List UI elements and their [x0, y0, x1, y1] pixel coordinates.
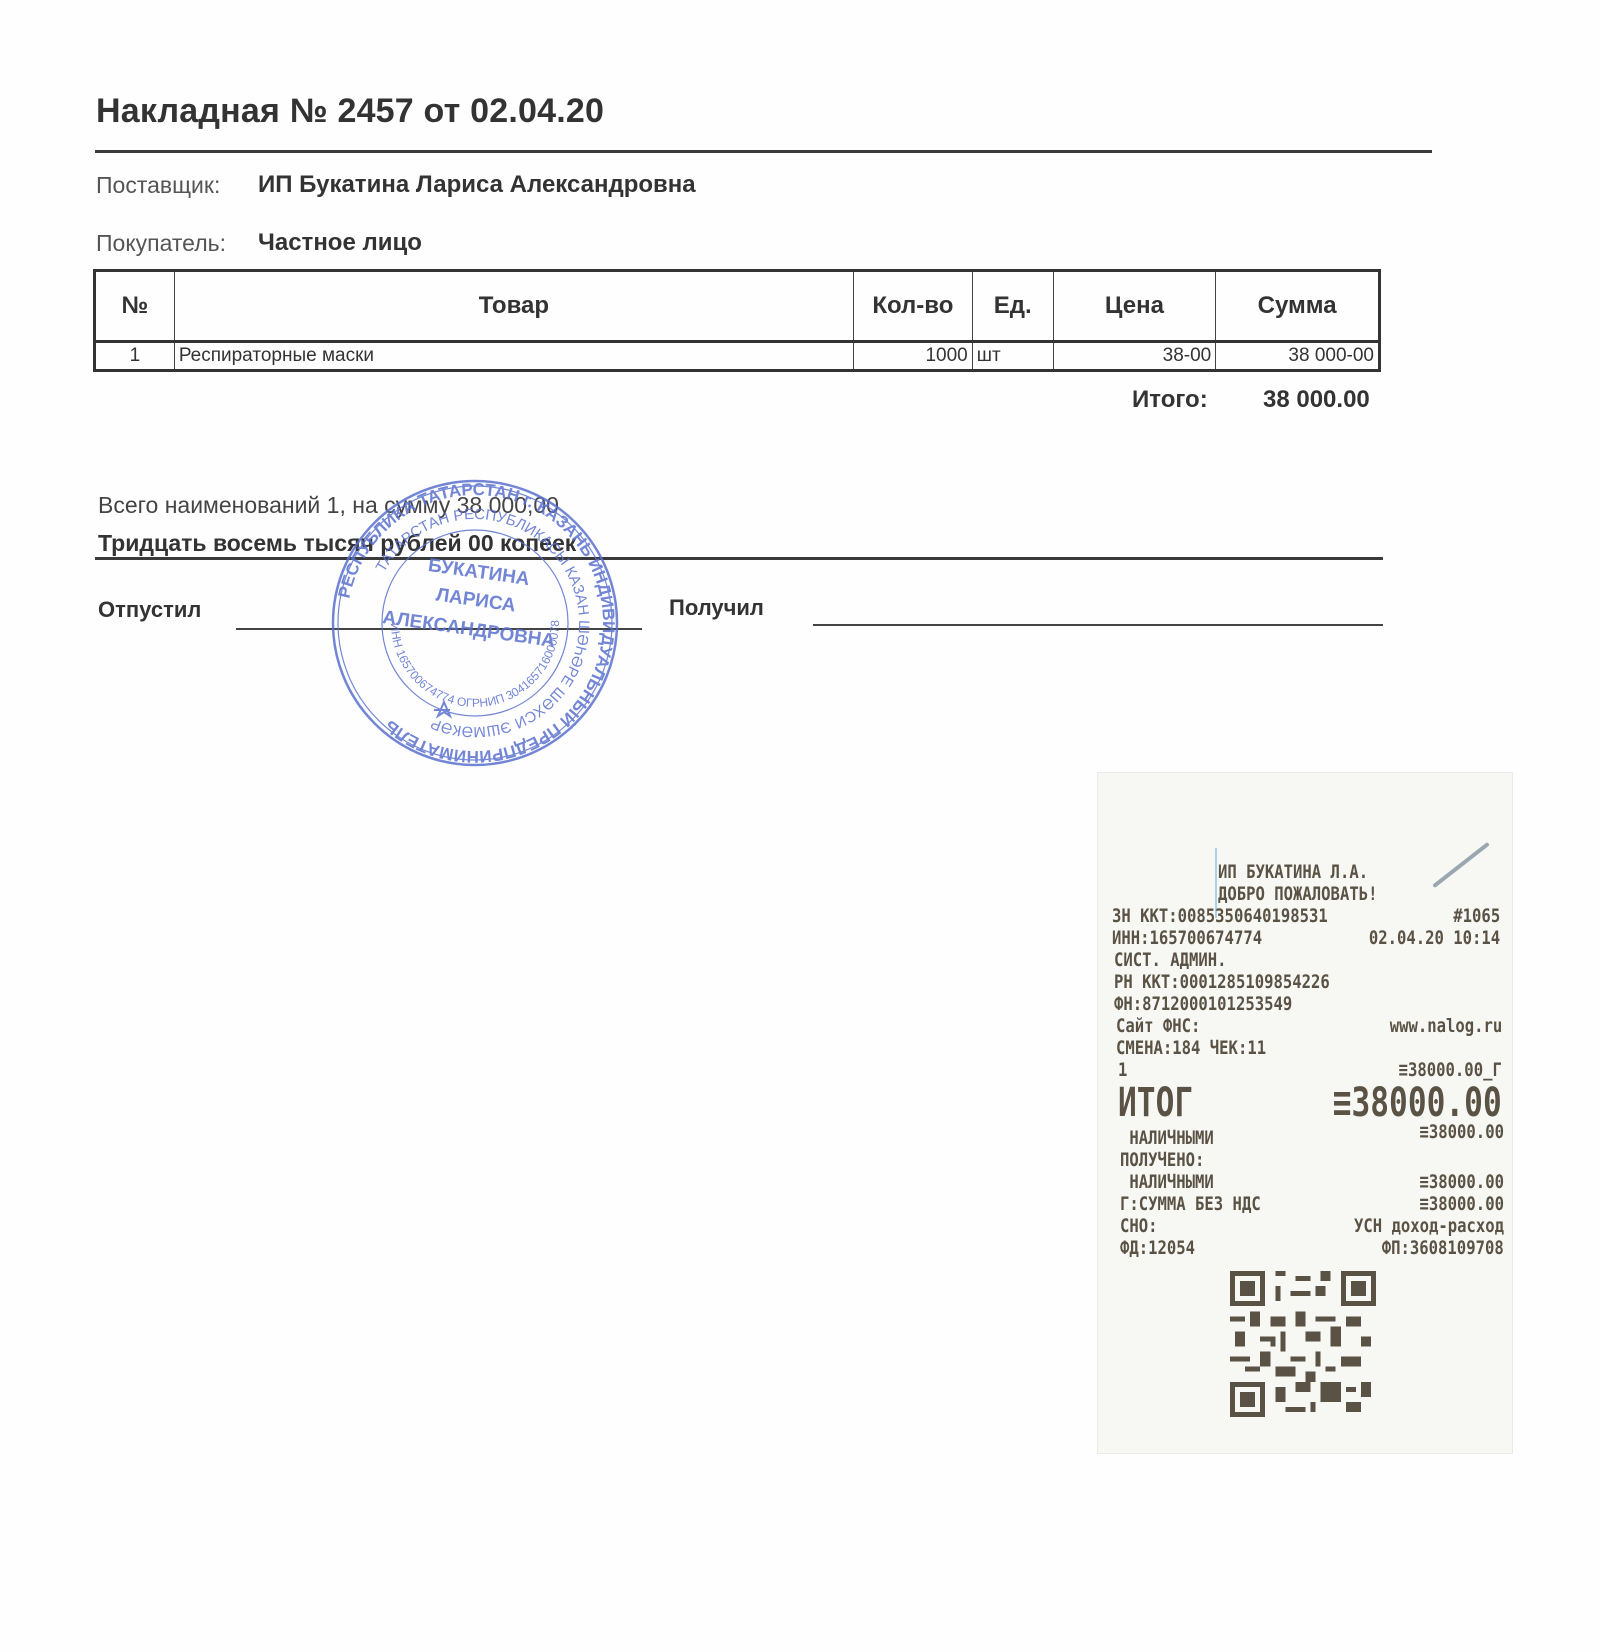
receipt-cash-label: НАЛИЧНЫМИ	[1120, 1127, 1214, 1149]
row-no: 1	[95, 342, 175, 371]
col-header-sum: Сумма	[1216, 271, 1380, 342]
title-divider	[95, 150, 1432, 153]
receipt-fp: ФП:3608109708	[1382, 1237, 1504, 1259]
total-value: 38 000.00	[1263, 386, 1370, 414]
row-sum: 38 000-00	[1216, 342, 1380, 371]
buyer-name: Частное лицо	[258, 229, 422, 257]
col-header-price: Цена	[1053, 271, 1216, 342]
released-by-label: Отпустил	[98, 597, 201, 623]
receipt-total-value: ≡38000.00	[1333, 1081, 1502, 1125]
total-label: Итого:	[1132, 386, 1208, 414]
col-header-unit: Ед.	[972, 271, 1053, 342]
receipt-total-label: ИТОГ	[1118, 1081, 1193, 1125]
col-header-item: Товар	[174, 271, 853, 342]
receipt-tax-system: УСН доход-расход	[1354, 1215, 1504, 1237]
row-item-name: Респираторные маски	[174, 342, 853, 371]
receipt-rn-kkt: РН ККТ:0001285109854226	[1114, 971, 1330, 993]
receipt-no-vat-value: ≡38000.00	[1420, 1193, 1504, 1215]
receipt-received-cash-value: ≡38000.00	[1420, 1171, 1504, 1193]
receipt-zn-kkt: ЗН ККТ:0085350640198531	[1112, 905, 1328, 927]
col-header-no: №	[95, 271, 175, 342]
receipt-fd: ФД:12054	[1120, 1237, 1195, 1259]
received-by-label: Получил	[669, 595, 764, 621]
receipt-inn: ИНН:165700674774	[1112, 927, 1262, 949]
receipt-cashier: СИСТ. АДМИН.	[1114, 949, 1227, 971]
receipt-doc-no: #1065	[1453, 905, 1500, 927]
company-seal-stamp: РЕСПУБЛИКА ТАТАРСТАН г. КАЗАНЬ ИНДИВИДУА…	[330, 478, 620, 768]
receipt-cash-value: ≡38000.00	[1420, 1121, 1504, 1143]
invoice-title: Накладная № 2457 от 02.04.20	[96, 92, 604, 131]
supplier-label: Поставщик:	[96, 172, 220, 199]
receipt-datetime: 02.04.20 10:14	[1369, 927, 1500, 949]
stamp-center-line-2: ЛАРИСА	[435, 585, 518, 617]
receipt-fns-site-label: Сайт ФНС:	[1116, 1015, 1200, 1037]
col-header-qty: Кол-во	[853, 271, 972, 342]
receipt-shift-check: СМЕНА:184 ЧЕК:11	[1116, 1037, 1266, 1059]
receipt-fns-site: www.nalog.ru	[1389, 1015, 1502, 1037]
qr-code-icon	[1230, 1271, 1376, 1417]
buyer-label: Покупатель:	[96, 230, 226, 257]
receipt-tax-system-label: СНО:	[1120, 1215, 1158, 1237]
receipt-header-2: ДОБРО ПОЖАЛОВАТЬ!	[1218, 883, 1377, 905]
row-unit: шт	[972, 342, 1053, 371]
receipt-item-amount: ≡38000.00_Г	[1399, 1059, 1502, 1081]
table-header-row: № Товар Кол-во Ед. Цена Сумма	[95, 271, 1380, 342]
received-signature-line	[813, 624, 1383, 626]
receipt-header-1: ИП БУКАТИНА Л.А.	[1218, 861, 1368, 883]
row-price: 38-00	[1053, 342, 1216, 371]
cash-receipt: ИП БУКАТИНА Л.А. ДОБРО ПОЖАЛОВАТЬ! ЗН КК…	[1098, 773, 1512, 1453]
receipt-received-cash-label: НАЛИЧНЫМИ	[1120, 1171, 1214, 1193]
staple-icon	[1432, 842, 1490, 888]
receipt-item-no: 1	[1118, 1059, 1127, 1081]
summary-divider	[95, 557, 1383, 560]
row-qty: 1000	[853, 342, 972, 371]
receipt-no-vat-label: Г:СУММА БЕЗ НДС	[1120, 1193, 1261, 1215]
stamp-center-line-3: АЛЕКСАНДРОВНА	[381, 607, 556, 652]
table-row: 1 Респираторные маски 1000 шт 38-00 38 0…	[95, 342, 1380, 371]
receipt-received-label: ПОЛУЧЕНО:	[1120, 1149, 1204, 1171]
items-table: № Товар Кол-во Ед. Цена Сумма 1 Респират…	[93, 269, 1381, 372]
supplier-name: ИП Букатина Лариса Александровна	[258, 171, 696, 199]
receipt-fn: ФН:8712000101253549	[1114, 993, 1292, 1015]
